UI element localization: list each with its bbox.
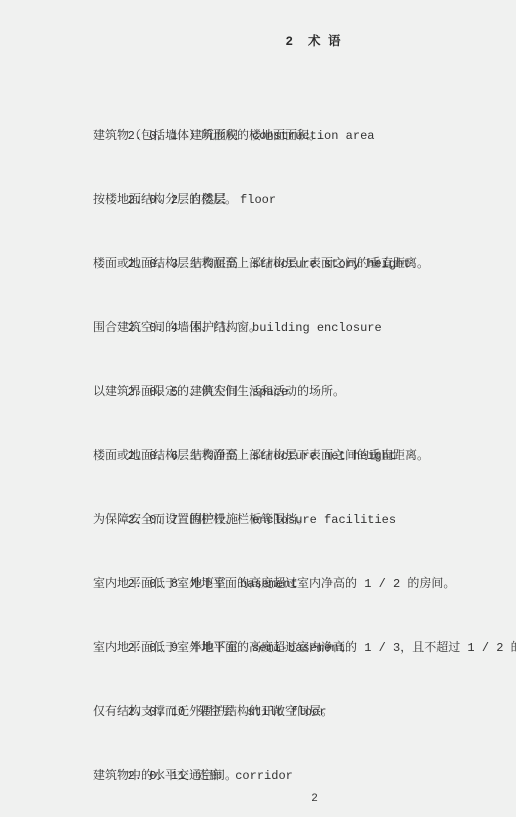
term-name-en: floor — [240, 193, 276, 207]
document-page: 2 术 语 2. 0. 1建筑面积construction area 建筑物（包… — [0, 0, 516, 817]
term-definition: 建筑物（包括墙体）所形成的楼地面面积。 — [70, 120, 512, 152]
term-definition: 室内地平面低于室外地平面的高度超过室内净高的 1 / 3，且不超过 1 / 2 … — [70, 632, 512, 664]
terms-list: 2. 0. 1建筑面积construction area 建筑物（包括墙体）所形… — [70, 88, 512, 792]
term-heading: 2. 0. 9半地下室semi-basement — [70, 600, 512, 632]
chapter-title: 2 术 语 — [0, 34, 516, 50]
term-heading: 2. 0. 5建筑空间space — [70, 344, 512, 376]
term-definition: 楼面或地面结构层上表面至上部结构层上表面之间的垂直距离。 — [70, 248, 512, 280]
term-entry: 2. 0. 8地下室basement 室内地平面低于室外地平面的高度超过室内净高… — [70, 536, 512, 600]
term-name-en: corridor — [235, 769, 293, 783]
term-entry: 2. 0. 4围护结构building enclosure 围合建筑空间的墙体、… — [70, 280, 512, 344]
term-definition: 室内地平面低于室外地平面的高度超过室内净高的 1 / 2 的房间。 — [70, 568, 512, 600]
term-heading: 2. 0. 8地下室basement — [70, 536, 512, 568]
term-entry: 2. 0. 6结构净高structure net height 楼面或地面结构层… — [70, 408, 512, 472]
term-heading: 2. 0. 11走廊corridor — [70, 728, 512, 760]
term-entry: 2. 0. 2自然层floor 按楼地面结构分层的楼层。 — [70, 152, 512, 216]
term-heading: 2. 0. 3结构层高structure story height — [70, 216, 512, 248]
page-number: 2 — [0, 792, 516, 806]
term-entry: 2. 0. 1建筑面积construction area 建筑物（包括墙体）所形… — [70, 88, 512, 152]
term-definition: 仅有结构支撑而无外围护结构的开敞空间层。 — [70, 696, 512, 728]
term-heading: 2. 0. 2自然层floor — [70, 152, 512, 184]
term-definition: 按楼地面结构分层的楼层。 — [70, 184, 512, 216]
term-name-en: building enclosure — [252, 321, 382, 335]
term-heading: 2. 0. 6结构净高structure net height — [70, 408, 512, 440]
term-definition: 以建筑界面限定的、供人们生活和活动的场所。 — [70, 376, 512, 408]
term-heading: 2. 0. 1建筑面积construction area — [70, 88, 512, 120]
term-entry: 2. 0. 5建筑空间space 以建筑界面限定的、供人们生活和活动的场所。 — [70, 344, 512, 408]
term-heading: 2. 0. 10架空层stilt floor — [70, 664, 512, 696]
term-entry: 2. 0. 3结构层高structure story height 楼面或地面结… — [70, 216, 512, 280]
term-entry: 2. 0. 10架空层stilt floor 仅有结构支撑而无外围护结构的开敞空… — [70, 664, 512, 728]
term-definition: 为保障安全而设置的栏杆、栏板等围挡。 — [70, 504, 512, 536]
term-definition: 楼面或地面结构层上表面至上部结构层下表面之间的垂直距离。 — [70, 440, 512, 472]
term-heading: 2. 0. 4围护结构building enclosure — [70, 280, 512, 312]
term-entry: 2. 0. 9半地下室semi-basement 室内地平面低于室外地平面的高度… — [70, 600, 512, 664]
term-entry: 2. 0. 11走廊corridor 建筑物中的水平交通空间。 — [70, 728, 512, 792]
term-entry: 2. 0. 7围护设施enclosure facilities 为保障安全而设置… — [70, 472, 512, 536]
term-heading: 2. 0. 7围护设施enclosure facilities — [70, 472, 512, 504]
